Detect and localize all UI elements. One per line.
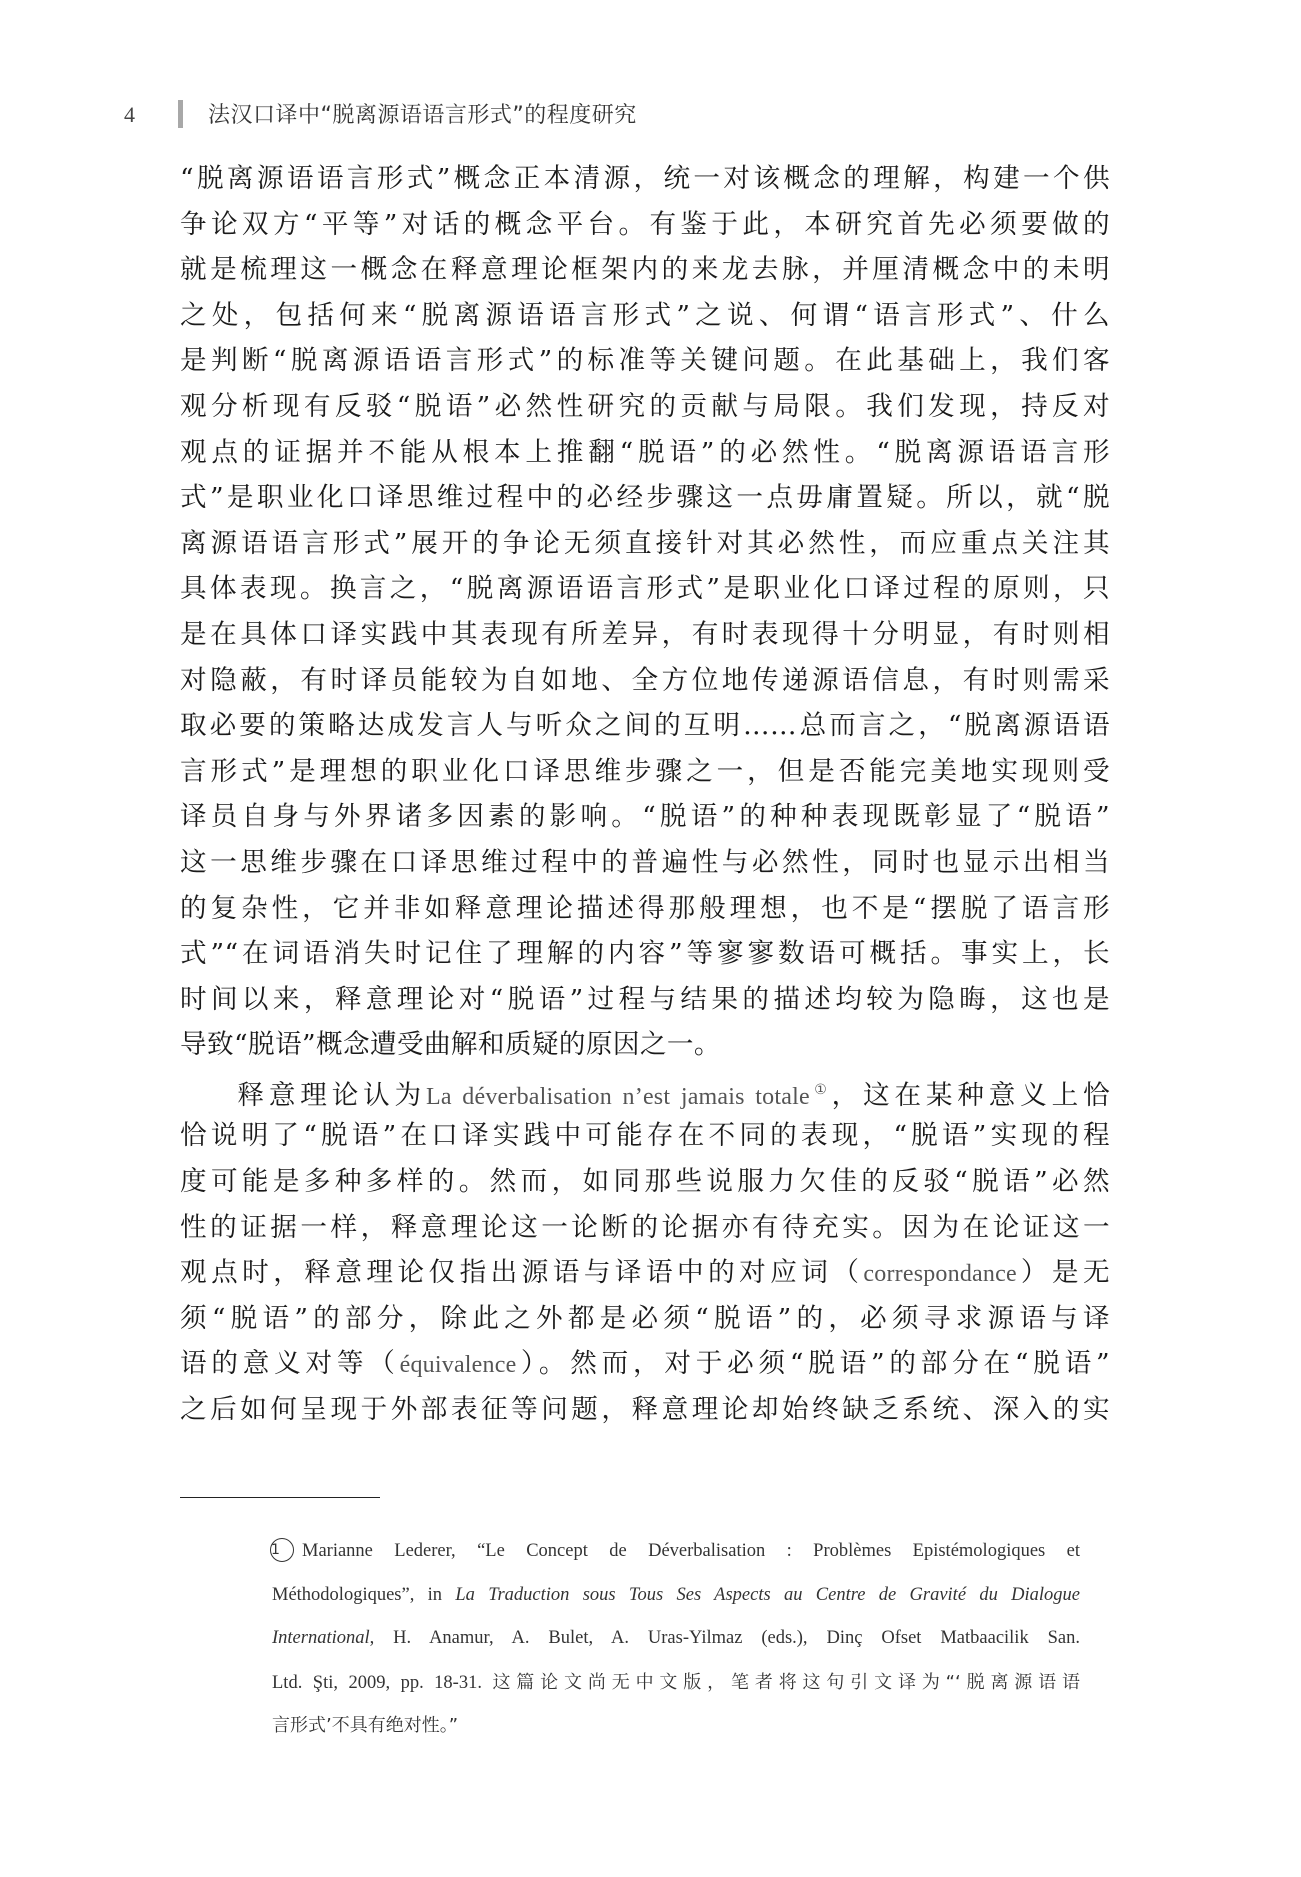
text-line: 观点时，释意理论仅指出源语与译语中的对应词（correspondance）是无 bbox=[180, 1250, 1110, 1296]
french-quote: La déverbalisation n’est jamais totale bbox=[426, 1084, 810, 1110]
body-text: “脱离源语语言形式”概念正本清源，统一对该概念的理解，构建一个供 争论双方“平等… bbox=[180, 156, 1110, 1433]
text-span: 言形式’不具有绝对性。” bbox=[272, 1715, 458, 1736]
text-line: 就是梳理这一概念在释意理论框架内的来龙去脉，并厘清概念中的未明 bbox=[180, 247, 1110, 293]
text-line: 恰说明了“脱语”在口译实践中可能存在不同的表现，“脱语”实现的程 bbox=[180, 1113, 1110, 1159]
text-span: Méthodologiques”, in bbox=[272, 1585, 455, 1605]
text-line: “脱离源语语言形式”概念正本清源，统一对该概念的理解，构建一个供 bbox=[180, 156, 1110, 202]
text-line: 离源语语言形式”展开的争论无须直接针对其必然性，而应重点关注其 bbox=[180, 521, 1110, 567]
text-line: 言形式”是理想的职业化口译思维步骤之一，但是否能完美地实现则受 bbox=[180, 749, 1110, 795]
text-line: 是判断“脱离源语语言形式”的标准等关键问题。在此基础上，我们客 bbox=[180, 338, 1110, 384]
text-line: 译员自身与外界诸多因素的影响。“脱语”的种种表现既彰显了“脱语” bbox=[180, 794, 1110, 840]
footnote-divider bbox=[180, 1497, 380, 1498]
text-span: 释意理论认为 bbox=[233, 1080, 426, 1111]
text-line: 是在具体口译实践中其表现有所差异，有时表现得十分明显，有时则相 bbox=[180, 612, 1110, 658]
text-span: ）是无 bbox=[1017, 1257, 1110, 1288]
running-title: 法汉口译中“脱离源语语言形式”的程度研究 bbox=[208, 98, 637, 129]
text-span: , H. Anamur, A. Bulet, A. Uras-Yilmaz (e… bbox=[370, 1628, 1080, 1648]
book-title: La Traduction sous Tous Ses Aspects au C… bbox=[455, 1585, 1080, 1605]
text-line: 释意理论认为La déverbalisation n’est jamais to… bbox=[180, 1068, 1110, 1114]
text-line: 式”“在词语消失时记住了理解的内容”等寥寥数语可概括。事实上，长 bbox=[180, 931, 1110, 977]
text-line: 观分析现有反驳“脱语”必然性研究的贡献与局限。我们发现，持反对 bbox=[180, 384, 1110, 430]
footnote-line: 1Marianne Lederer, “Le Concept de Déverb… bbox=[272, 1530, 1080, 1574]
footnote-reference[interactable]: ① bbox=[810, 1082, 832, 1098]
paragraph-1: “脱离源语语言形式”概念正本清源，统一对该概念的理解，构建一个供 争论双方“平等… bbox=[180, 156, 1110, 1068]
text-span: Ltd. Şti, 2009, pp. 18-31. bbox=[272, 1673, 492, 1693]
footnote-marker: 1 bbox=[270, 1538, 294, 1562]
french-term: équivalence bbox=[400, 1352, 517, 1378]
text-line: 之后如何呈现于外部表征等问题，释意理论却始终缺乏系统、深入的实 bbox=[180, 1387, 1110, 1433]
footnote: 1Marianne Lederer, “Le Concept de Déverb… bbox=[272, 1530, 1080, 1748]
footnote-line: Méthodologiques”, in La Traduction sous … bbox=[272, 1574, 1080, 1618]
text-line: 取必要的策略达成发言人与听众之间的互明……总而言之，“脱离源语语 bbox=[180, 703, 1110, 749]
text-line: 争论双方“平等”对话的概念平台。有鉴于此，本研究首先必须要做的 bbox=[180, 202, 1110, 248]
text-line: 的复杂性，它并非如释意理论描述得那般理想，也不是“摆脱了语言形 bbox=[180, 886, 1110, 932]
text-span: 观点时，释意理论仅指出源语与译语中的对应词（ bbox=[180, 1257, 863, 1288]
header-divider bbox=[178, 100, 183, 128]
text-span: 语的意义对等（ bbox=[180, 1348, 400, 1379]
text-line: 语的意义对等（équivalence）。然而，对于必须“脱语”的部分在“脱语” bbox=[180, 1341, 1110, 1387]
footnote-line: 言形式’不具有绝对性。” bbox=[272, 1704, 1080, 1748]
text-line: 性的证据一样，释意理论这一论断的论据亦有待充实。因为在论证这一 bbox=[180, 1205, 1110, 1251]
paragraph-2: 释意理论认为La déverbalisation n’est jamais to… bbox=[180, 1068, 1110, 1433]
running-header: 4 法汉口译中“脱离源语语言形式”的程度研究 bbox=[0, 96, 1301, 132]
text-line: 之处，包括何来“脱离源语语言形式”之说、何谓“语言形式”、什么 bbox=[180, 293, 1110, 339]
text-line: 度可能是多种多样的。然而，如同那些说服力欠佳的反驳“脱语”必然 bbox=[180, 1159, 1110, 1205]
text-line: 观点的证据并不能从根本上推翻“脱语”的必然性。“脱离源语语言形 bbox=[180, 430, 1110, 476]
french-term: correspondance bbox=[863, 1261, 1016, 1287]
text-line: 对隐蔽，有时译员能较为自如地、全方位地传递源语信息，有时则需采 bbox=[180, 658, 1110, 704]
text-line: 这一思维步骤在口译思维过程中的普遍性与必然性，同时也显示出相当 bbox=[180, 840, 1110, 886]
text-span: ，这在某种意义上恰 bbox=[832, 1080, 1110, 1111]
book-title: International bbox=[272, 1628, 370, 1648]
text-line: 须“脱语”的部分，除此之外都是必须“脱语”的，必须寻求源语与译 bbox=[180, 1296, 1110, 1342]
page-number: 4 bbox=[124, 102, 135, 128]
text-span: ）。然而，对于必须“脱语”的部分在“脱语” bbox=[516, 1348, 1110, 1379]
text-line: 时间以来，释意理论对“脱语”过程与结果的描述均较为隐晦，这也是 bbox=[180, 977, 1110, 1023]
text-line: 具体表现。换言之，“脱离源语语言形式”是职业化口译过程的原则，只 bbox=[180, 566, 1110, 612]
text-span: Marianne Lederer, “Le Concept de Déverba… bbox=[302, 1541, 1080, 1561]
footnote-line: International, H. Anamur, A. Bulet, A. U… bbox=[272, 1617, 1080, 1661]
footnote-line: Ltd. Şti, 2009, pp. 18-31. 这篇论文尚无中文版，笔者将… bbox=[272, 1661, 1080, 1705]
text-line: 式”是职业化口译思维过程中的必经步骤这一点毋庸置疑。所以，就“脱 bbox=[180, 475, 1110, 521]
text-line: 导致“脱语”概念遭受曲解和质疑的原因之一。 bbox=[180, 1022, 1110, 1068]
text-span: 这篇论文尚无中文版，笔者将这句引文译为“‘脱离源语语 bbox=[492, 1672, 1080, 1693]
